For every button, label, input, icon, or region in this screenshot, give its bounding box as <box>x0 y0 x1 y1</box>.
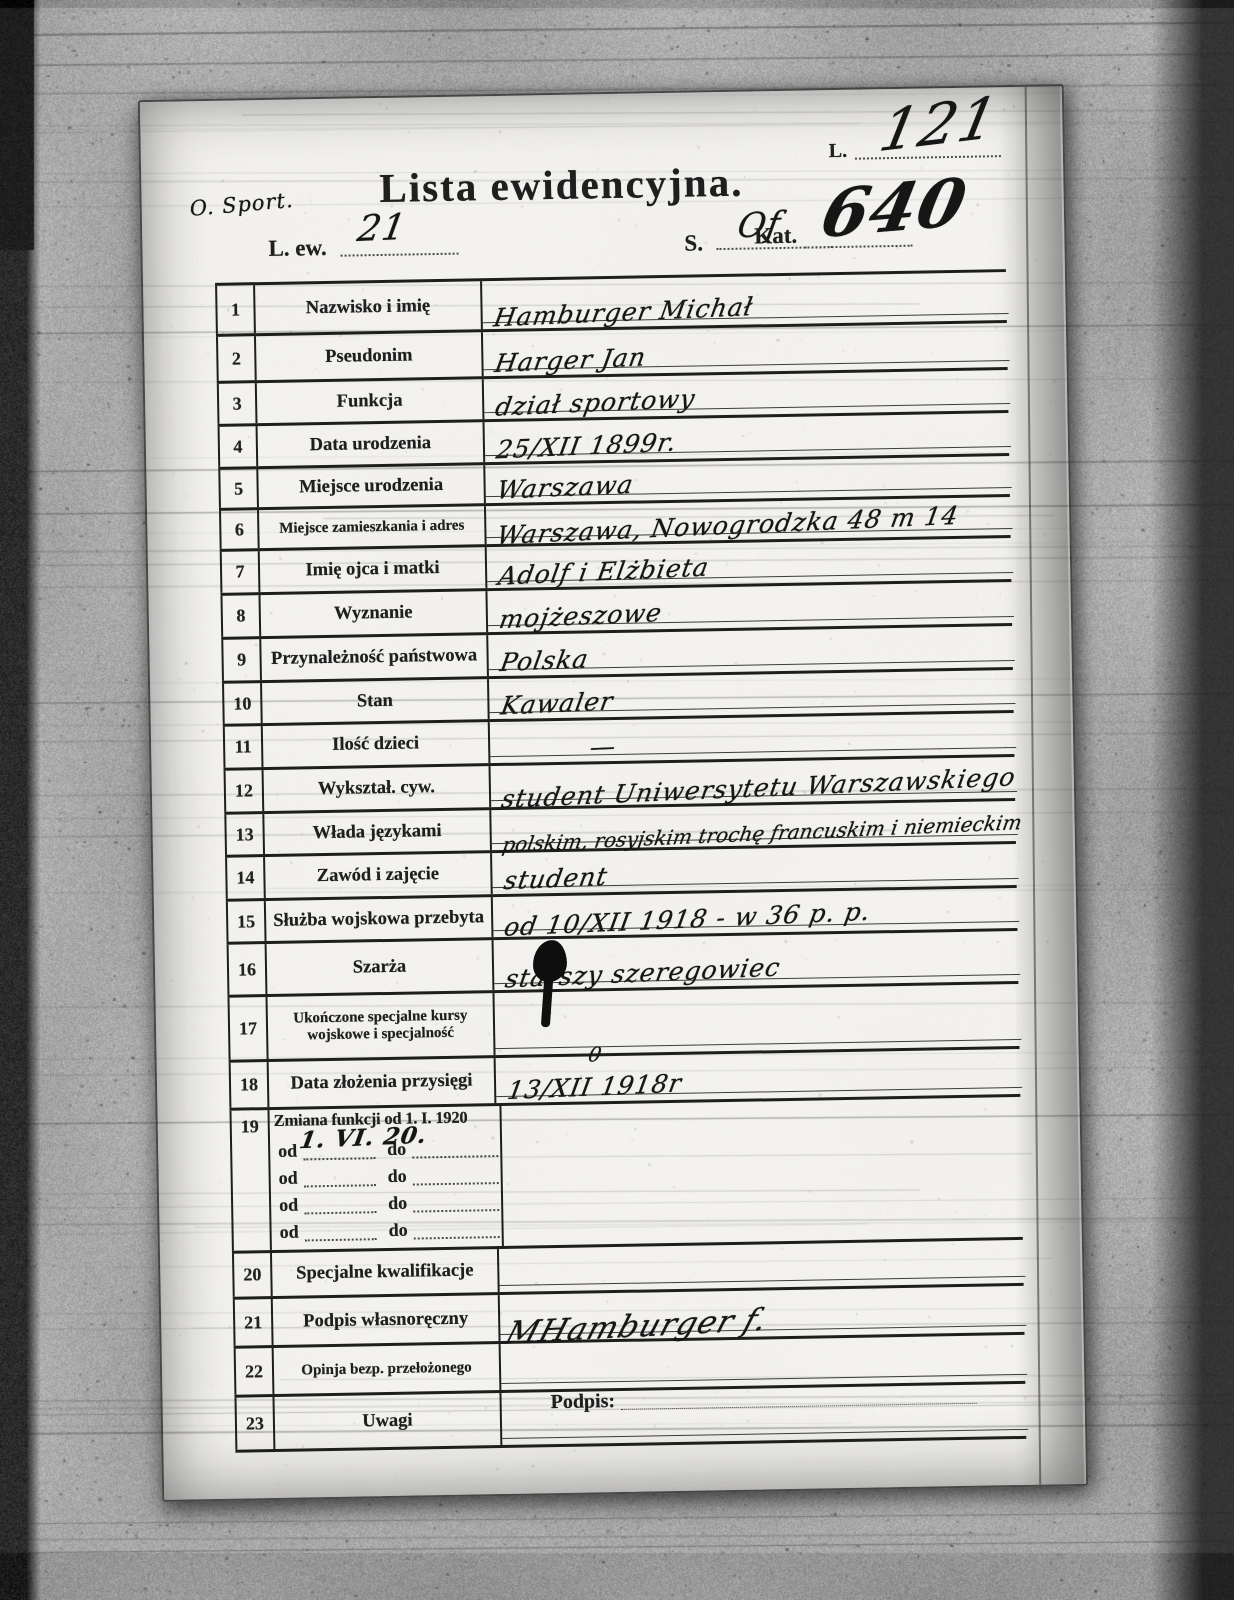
row-value-cell: student <box>492 844 1017 894</box>
od-label: od <box>279 1195 298 1215</box>
row-value: 13/XII 1918r <box>505 1069 684 1106</box>
row-label: Nazwisko i imię <box>255 281 483 333</box>
change-entry-line: oddo <box>275 1185 499 1216</box>
row-label: Data urodzenia <box>258 422 486 466</box>
row-number: 8 <box>220 595 261 637</box>
row-number: 11 <box>223 726 264 768</box>
lew-value: 21 <box>355 207 410 250</box>
row-value-cell: student Uniwersytetu Warszawskiego <box>491 757 1016 807</box>
row-value-cell <box>494 984 1019 1055</box>
row-label: Ukończone specjalne kursy wojskowe i spe… <box>268 993 496 1059</box>
s-label: S. <box>684 230 703 256</box>
row-value-cell: mojżeszowe <box>487 582 1012 632</box>
row-value-cell <box>501 1097 1022 1246</box>
row-value-cell: dział sportowy <box>484 370 1009 419</box>
row-label: Specjalne kwalifikacje <box>272 1249 500 1296</box>
do-label: do <box>388 1193 407 1213</box>
row-number: 5 <box>218 469 259 508</box>
row-number: 14 <box>225 857 266 899</box>
row-value-cell: od 10/XII 1918 - w 36 p. p. <box>493 888 1018 937</box>
row-value-cell: Warszawa, Nowogrodzka 48 m 14 <box>486 497 1011 544</box>
dotted-leader <box>413 1192 499 1213</box>
row-label: Podpis własnoręczny <box>273 1295 501 1345</box>
row-label: Opinja bezp. przełożonego <box>274 1344 502 1394</box>
row-label: Wykształ. cyw. <box>264 766 492 811</box>
row-number: 13 <box>224 814 265 855</box>
row-number: 2 <box>216 336 257 381</box>
row-label: Szarża <box>267 940 495 994</box>
row-value-cell: 25/XII 1899r. <box>485 413 1010 462</box>
row-number: 16 <box>227 944 268 995</box>
od-label: od <box>278 1141 297 1161</box>
row-label: Imię ojca i matki <box>260 547 488 592</box>
row-number: 17 <box>228 997 269 1060</box>
kat-value: 640 <box>815 163 974 253</box>
evidence-table: 1Nazwisko i imięHamburger Michał2Pseudon… <box>215 269 1026 1453</box>
row-label: Zawód i zajęcie <box>265 853 493 898</box>
row-number: 15 <box>226 901 267 942</box>
row-value: Polska <box>498 644 591 677</box>
dotted-leader <box>413 1165 499 1186</box>
row-value: — <box>588 732 619 762</box>
row-value-cell: polskim, rosyjskim trochę francuskim i n… <box>491 801 1016 850</box>
row-label: Funkcja <box>257 379 485 423</box>
row-value: Hamburger Michał <box>492 292 756 332</box>
document-paper: L. 121 O. Sport. Lista ewidencyjna. L. e… <box>138 84 1088 1502</box>
row-number: 9 <box>221 639 262 681</box>
od-label: od <box>279 1222 298 1242</box>
row-value-cell <box>501 1335 1026 1390</box>
form-title: Lista ewidencyjna. <box>311 156 812 213</box>
annotation-o-sport: O. Sport. <box>189 188 295 221</box>
row-number: 22 <box>234 1348 275 1395</box>
od-label: od <box>278 1168 297 1188</box>
do-label: do <box>388 1220 407 1240</box>
row-number: 12 <box>224 770 265 812</box>
row-number: 10 <box>222 683 263 724</box>
row-label: Miejsce urodzenia <box>258 465 486 507</box>
row-value: Adolf i Elżbieta <box>496 553 711 591</box>
dotted-leader <box>304 1221 376 1242</box>
row-value: Harger Jan <box>493 342 649 378</box>
dotted-leader <box>304 1167 376 1188</box>
do-label: do <box>387 1166 406 1186</box>
row-number: 23 <box>234 1397 275 1450</box>
row-number: 3 <box>217 383 258 424</box>
row-value-cell: Warszawa <box>485 456 1010 503</box>
row-label: Służba wojskowa przebyta <box>266 897 494 941</box>
row-number: 6 <box>219 510 260 549</box>
row-label: Wyznanie <box>260 591 488 636</box>
row-value-cell: Kawaler <box>489 670 1014 719</box>
change-entry-line: oddo <box>275 1212 499 1243</box>
row-label: Przynależność państwowa <box>261 635 489 680</box>
row-value-cell: — <box>490 713 1015 763</box>
dotted-leader <box>413 1219 499 1240</box>
lew-label: L. ew. <box>268 235 327 262</box>
row-number: 21 <box>233 1299 274 1346</box>
row-number: 4 <box>218 426 259 467</box>
row-value-cell <box>499 1240 1024 1292</box>
row-label: Data złożenia przysięgi <box>269 1058 497 1107</box>
row-label: Stan <box>262 679 490 723</box>
row-number: 20 <box>232 1253 273 1297</box>
corner-l-label: L. <box>829 140 848 163</box>
row-number: 1 <box>215 285 256 334</box>
row-number: 19 <box>229 1110 271 1251</box>
row-value-cell: 13/XII 1918r <box>496 1049 1021 1103</box>
row-value: Kawaler <box>499 686 616 720</box>
row-value-cell: Harger Jan <box>483 323 1008 376</box>
change-entry-line: oddo <box>274 1158 498 1189</box>
row-label: Zmiana funkcji od 1. I. 1920oddo1. VI. 2… <box>269 1106 503 1250</box>
row-value: mojżeszowe <box>497 598 664 634</box>
row-label: Miejsce zamieszkania i adres <box>259 506 487 548</box>
row-label: Ilość dzieci <box>263 722 491 767</box>
row-value: dział sportowy <box>493 384 697 422</box>
row-value-cell: MHamburger f. <box>500 1286 1025 1341</box>
change-entry-value: 1. VI. 20. <box>298 1123 430 1154</box>
dotted-leader <box>304 1194 376 1215</box>
row-number: 7 <box>220 551 261 593</box>
row-label: Włada językami <box>264 810 492 854</box>
table-row: 19Zmiana funkcji od 1. I. 1920oddo1. VI.… <box>229 1097 1022 1254</box>
row-value-cell: Hamburger Michał <box>482 272 1007 329</box>
row-value-cell: starszy szeregowiec <box>494 931 1019 990</box>
row-value: Warszawa <box>495 470 636 505</box>
change-entry-line: oddo1. VI. 20. <box>274 1131 498 1162</box>
row-number: 18 <box>229 1062 270 1108</box>
row-value: 25/XII 1899r. <box>494 427 679 464</box>
row-value-cell: Adolf i Elżbieta <box>487 538 1012 588</box>
podpis-label: Podpis: <box>550 1390 615 1414</box>
kat-label: Kat. <box>754 223 797 250</box>
row-label: Uwagi <box>274 1393 502 1449</box>
row-value-cell: Polska <box>488 626 1013 676</box>
row-value: student <box>502 862 610 896</box>
row-label: Pseudonim <box>256 332 484 380</box>
